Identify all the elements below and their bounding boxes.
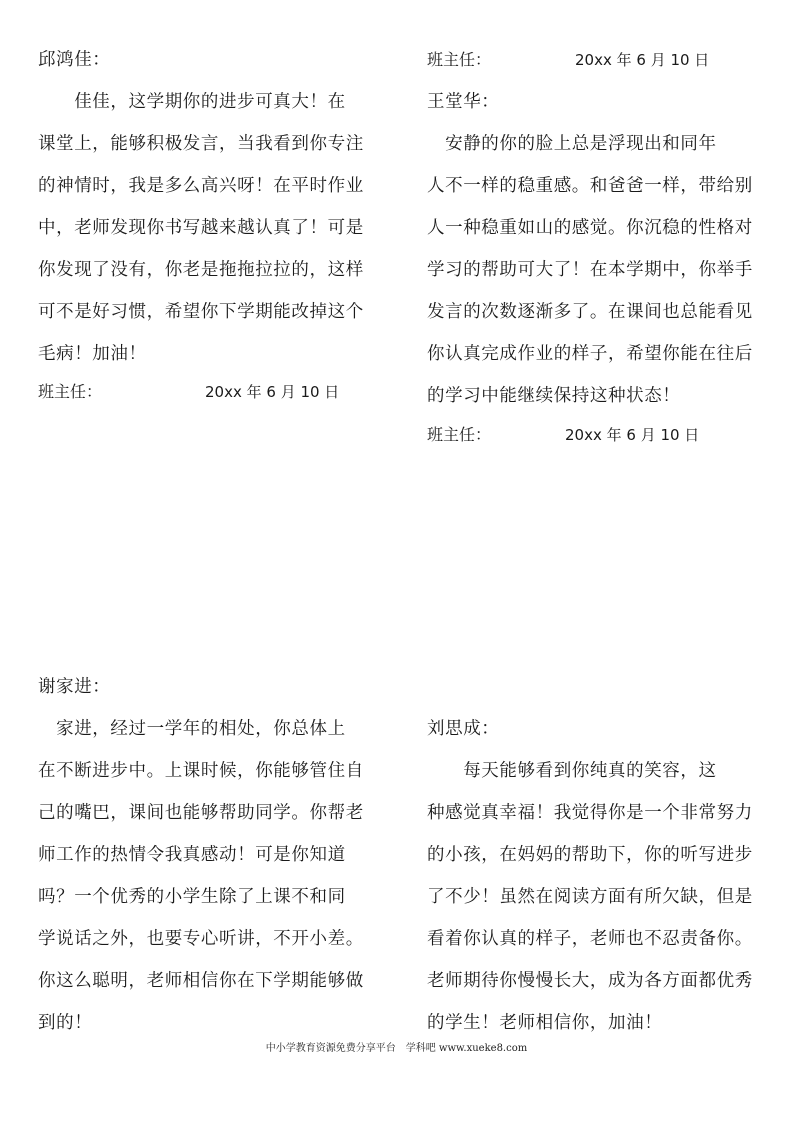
comment-line: 佳佳，这学期你的进步可真大！在 bbox=[38, 91, 346, 113]
comment-line: 发言的次数逐渐多了。在课间也总能看见 bbox=[427, 301, 753, 323]
student-name: 邱鸿佳： bbox=[38, 49, 110, 71]
signature-label: 班主任： bbox=[427, 425, 491, 444]
page-footer: 中小学教育资源免费分享平台 学科吧 www.xueke8.com bbox=[0, 1042, 793, 1056]
comment-line: 学说话之外，也要专心听讲，不开小差。 bbox=[38, 928, 364, 950]
comment-line: 看着你认真的样子，老师也不忍责备你。 bbox=[427, 928, 753, 950]
signature-date: 20xx 年 6 月 10 日 bbox=[205, 381, 339, 403]
comment-line: 到的！ bbox=[38, 1012, 92, 1034]
comment-line: 中，老师发现你书写越来越认真了！可是 bbox=[38, 217, 364, 239]
signature-label: 班主任： bbox=[38, 382, 102, 401]
comment-line: 可不是好习惯，希望你下学期能改掉这个 bbox=[38, 301, 364, 323]
comment-line: 安静的你的脸上总是浮现出和同年 bbox=[427, 133, 717, 155]
comment-line: 人一种稳重如山的感觉。你沉稳的性格对 bbox=[427, 217, 753, 239]
comment-line: 吗？一个优秀的小学生除了上课不和同 bbox=[38, 886, 346, 908]
student-name: 刘思成： bbox=[427, 718, 499, 740]
comment-line: 课堂上，能够积极发言，当我看到你专注 bbox=[38, 133, 364, 155]
comment-line: 老师期待你慢慢长大，成为各方面都优秀 bbox=[427, 970, 753, 992]
comment-line: 你发现了没有，你老是拖拖拉拉的，这样 bbox=[38, 259, 364, 281]
comment-line: 毛病！加油！ bbox=[38, 343, 147, 365]
signature-label: 班主任： bbox=[427, 50, 491, 69]
signature-date: 20xx 年 6 月 10 日 bbox=[575, 49, 709, 71]
comment-line: 学习的帮助可大了！在本学期中，你举手 bbox=[427, 259, 753, 281]
signature: 班主任： 20xx 年 6 月 10 日 bbox=[427, 424, 491, 446]
comment-line: 己的嘴巴，课间也能够帮助同学。你帮老 bbox=[38, 802, 364, 824]
signature-top-right: 班主任： 20xx 年 6 月 10 日 bbox=[427, 49, 491, 71]
comment-line: 种感觉真幸福！我觉得你是一个非常努力 bbox=[427, 802, 753, 824]
signature-date: 20xx 年 6 月 10 日 bbox=[565, 424, 699, 446]
comment-line: 家进，经过一学年的相处，你总体上 bbox=[38, 718, 346, 740]
comment-line: 你这么聪明，老师相信你在下学期能够做 bbox=[38, 970, 364, 992]
comment-line: 每天能够看到你纯真的笑容，这 bbox=[427, 760, 717, 782]
comment-line: 师工作的热情令我真感动！可是你知道 bbox=[38, 844, 346, 866]
comment-line: 人不一样的稳重感。和爸爸一样，带给别 bbox=[427, 175, 753, 197]
signature: 班主任： 20xx 年 6 月 10 日 bbox=[38, 381, 102, 403]
comment-line: 在不断进步中。上课时候，你能够管住自 bbox=[38, 760, 364, 782]
comment-line: 了不少！虽然在阅读方面有所欠缺，但是 bbox=[427, 886, 753, 908]
comment-line: 你认真完成作业的样子，希望你能在往后 bbox=[427, 343, 753, 365]
comment-line: 的学生！老师相信你，加油！ bbox=[427, 1012, 662, 1034]
student-name: 谢家进： bbox=[38, 676, 110, 698]
student-name: 王堂华： bbox=[427, 91, 499, 113]
comment-line: 的小孩，在妈妈的帮助下，你的听写进步 bbox=[427, 844, 753, 866]
comment-line: 的学习中能继续保持这种状态！ bbox=[427, 385, 680, 407]
comment-line: 的神情时，我是多么高兴呀！在平时作业 bbox=[38, 175, 364, 197]
